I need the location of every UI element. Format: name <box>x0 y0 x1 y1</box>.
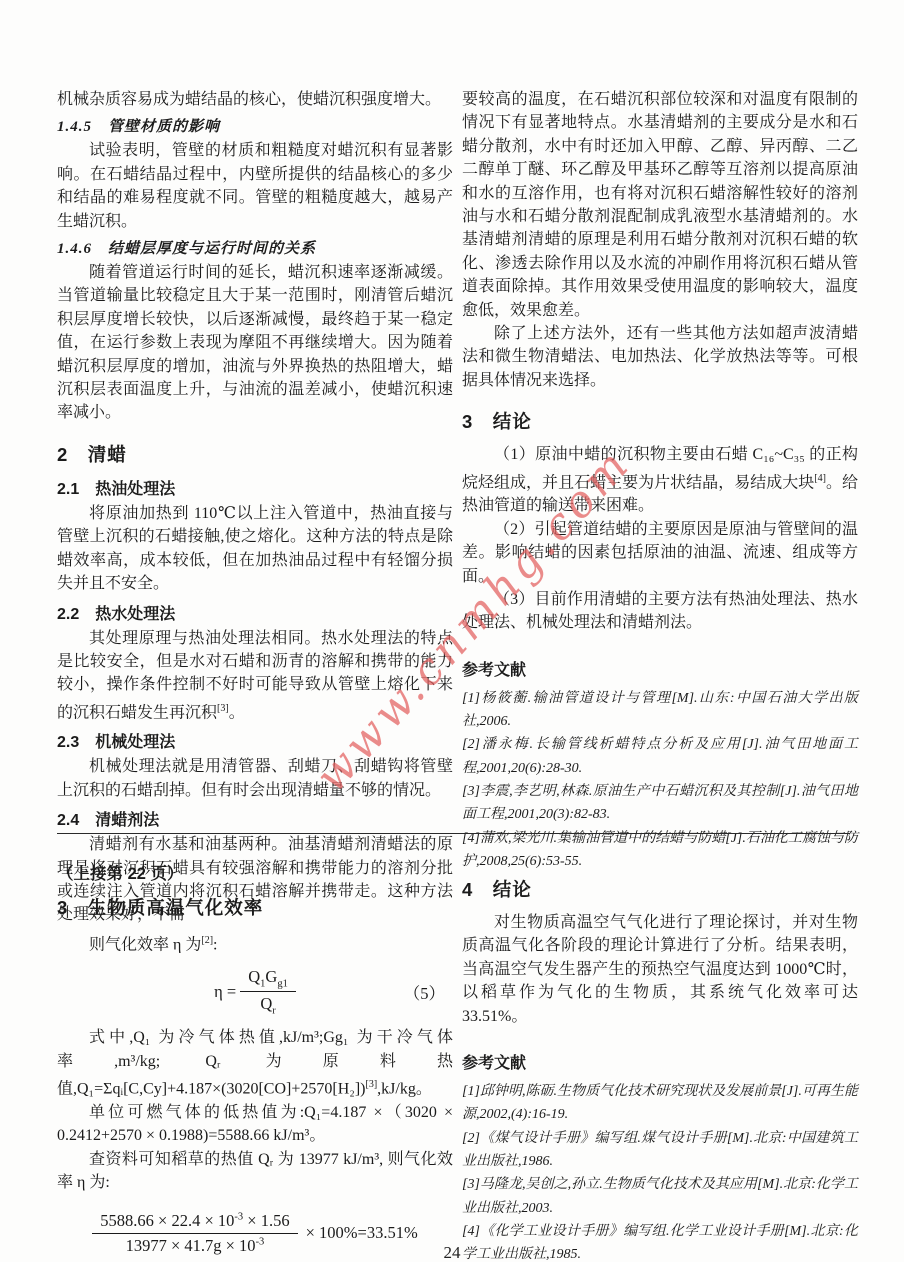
eta-intro-text: 则气化效率 η 为 <box>89 936 201 953</box>
citation-ref: [2] <box>201 935 213 946</box>
equation-5: η = Q1Gg1 Qr （5） <box>57 967 453 1017</box>
eqeff-num-exp: -3 <box>234 1211 243 1222</box>
paragraph-1-4-6: 随着管道运行时间的延长，蜡沉积速率逐渐减缓。当管道输量比较稳定且大于某一范围时，… <box>57 261 453 425</box>
paragraph-conclusion-2: （2）引起管道结蜡的主要原因是原油与管壁间的温差。影响结蜡的因素包括原油的油温、… <box>462 518 858 588</box>
eq5-den-q-sub: r <box>272 1005 276 1016</box>
wax-right-column: 要较高的温度，在石蜡沉积部位较深和对温度有限制的情况下有显著地特点。水基清蜡剂的… <box>462 88 858 927</box>
paragraph-carryover: 机械杂质容易成为蜡结晶的核心，使蜡沉积强度增大。 <box>57 88 453 111</box>
reference-item: [1]杨筱蘅.输油管道设计与管理[M].山东:中国石油大学出版社,2006. <box>462 687 858 734</box>
continued-from-note: （上接第 22 页） <box>57 860 453 884</box>
reference-item: [2]《煤气设计手册》编写组.煤气设计手册[M].北京:中国建筑工业出版社,19… <box>462 1127 858 1174</box>
article-divider-rule <box>57 833 850 834</box>
wax-left-column: 机械杂质容易成为蜡结晶的核心，使蜡沉积强度增大。 1.4.5 管壁材质的影响 试… <box>57 88 453 927</box>
paragraph-2-1: 将原油加热到 110℃以上注入管道中，热油直接与管壁上沉积的石蜡接触,使之熔化。… <box>57 502 453 596</box>
paragraph-biomass-conclusion: 对生物质高温空气气化进行了理论探讨，并对生物质高温气化各阶段的理论计算进行了分析… <box>462 911 858 1028</box>
paragraph-straw-hv: 查资料可知稻草的热值 Qᵣ 为 13977 kJ/m³, 则气化效率 η 为: <box>57 1148 453 1195</box>
references-title: 参考文献 <box>462 657 858 680</box>
paragraph-2-2: 其处理原理与热油处理法相同。热水处理法的特点是比较安全，但是水对石蜡和沥青的溶解… <box>57 627 453 725</box>
reference-item: [1]邱钟明,陈砺.生物质气化技术研究现状及发展前景[J].可再生能源,2002… <box>462 1080 858 1127</box>
eq5-num-g: G <box>265 967 277 986</box>
reference-item: [3]李震,李艺明,林森.原油生产中石蜡沉积及其控制[J].油气田地面工程,20… <box>462 780 858 827</box>
eq5-den-q: Q <box>260 994 272 1013</box>
where-terms-end: ,kJ/kg。 <box>377 1080 432 1097</box>
citation-ref: [4] <box>814 473 826 484</box>
equation-5-number: （5） <box>404 980 445 1004</box>
equation-5-denominator: Qr <box>252 992 283 1016</box>
references-title: 参考文献 <box>462 1050 858 1073</box>
page-number: 24 <box>0 1243 904 1262</box>
biomass-article: （上接第 22 页） 3 生物质高温气化效率 则气化效率 η 为[2]: η =… <box>57 858 858 1262</box>
paragraph-eta-intro: 则气化效率 η 为[2]: <box>57 929 453 957</box>
heading-2-4: 2.4 清蜡剂法 <box>57 807 453 830</box>
paragraph-other-methods: 除了上述方法外，还有一些其他方法如超声波清蜡法和微生物清蜡法、电加热法、化学放热… <box>462 322 858 392</box>
citation-ref: [3] <box>366 1079 378 1090</box>
heading-2-3: 2.3 机械处理法 <box>57 729 453 752</box>
eqeff-num-b: × 1.56 <box>243 1211 289 1230</box>
heading-section-3-efficiency: 3 生物质高温气化效率 <box>57 894 453 920</box>
heading-2-2: 2.2 热水处理法 <box>57 601 453 624</box>
eq5-num-g-sub: g1 <box>277 978 288 989</box>
paragraph-conclusion-3: （3）目前作用清蜡的主要方法有热油处理法、热水处理法、机械处理法和清蜡剂法。 <box>462 588 858 635</box>
reference-item: [3]马隆龙,吴创之,孙立.生物质气化技术及其应用[M].北京:化学工业出版社,… <box>462 1173 858 1220</box>
equation-5-lhs: η = <box>214 982 236 1002</box>
equation-5-numerator: Q1Gg1 <box>240 967 296 992</box>
paragraph-1-4-5: 试验表明，管壁的材质和粗糙度对蜡沉积有显著影响。在石蜡结晶过程中，内壁所提供的结… <box>57 139 453 233</box>
wax-article: 机械杂质容易成为蜡结晶的核心，使蜡沉积强度增大。 1.4.5 管壁材质的影响 试… <box>57 88 858 927</box>
equation-efficiency-result: × 100%=33.51% <box>306 1223 418 1243</box>
heading-1-4-6: 1.4.6 结蜡层厚度与运行时间的关系 <box>57 237 453 258</box>
eq5-num-q: Q <box>248 967 260 986</box>
reference-item: [2]潘永梅.长输管线析蜡特点分析及应用[J].油气田地面工程,2001,20(… <box>462 733 858 780</box>
heading-section-4-conclusion: 4 结论 <box>462 876 858 902</box>
heading-2-1: 2.1 热油处理法 <box>57 476 453 499</box>
paragraph-unit-lhv: 单位可燃气体的低热值为:Q₁=4.187 ×（3020 × 0.2412+257… <box>57 1101 453 1148</box>
heading-section-3-conclusion: 3 结论 <box>462 408 858 434</box>
citation-ref: [3] <box>217 703 229 714</box>
paragraph-2-3: 机械处理法就是用清管器、刮蜡刀、刮蜡钩将管壁上沉积的石蜡刮掉。但有时会出现清蜡量… <box>57 755 453 802</box>
equation-efficiency-numerator: 5588.66 × 22.4 × 10-3 × 1.56 <box>92 1211 297 1234</box>
paragraph-2-2-text: 其处理原理与热油处理法相同。热水处理法的特点是比较安全，但是水对石蜡和沥青的溶解… <box>57 630 453 722</box>
paragraph-water-based-cleaner: 要较高的温度，在石蜡沉积部位较深和对温度有限制的情况下有显著地特点。水基清蜡剂的… <box>462 88 858 322</box>
paragraph-conclusion-1: （1）原油中蜡的沉积物主要由石蜡 C₁₆~C₃₅ 的正构烷烃组成，并且石蜡主要为… <box>462 443 858 518</box>
biomass-right-column: 4 结论 对生物质高温空气气化进行了理论探讨，并对生物质高温气化各阶段的理论计算… <box>462 858 858 1262</box>
eta-intro-end: : <box>213 936 217 953</box>
journal-page-scan: 机械杂质容易成为蜡结晶的核心，使蜡沉积强度增大。 1.4.5 管壁材质的影响 试… <box>0 0 904 1262</box>
conclusion-1-text: （1）原油中蜡的沉积物主要由石蜡 C₁₆~C₃₅ 的正构烷烃组成，并且石蜡主要为… <box>462 446 858 491</box>
heading-1-4-5: 1.4.5 管壁材质的影响 <box>57 115 453 136</box>
eqeff-num-a: 5588.66 × 22.4 × 10 <box>100 1211 234 1230</box>
heading-section-2: 2 清蜡 <box>57 441 453 467</box>
paragraph-2-2-end: 。 <box>229 704 245 721</box>
paragraph-where-terms: 式中,Q₁ 为冷气体热值,kJ/m³;Gg₁ 为干冷气体率,m³/kg; Qᵣ … <box>57 1026 453 1101</box>
biomass-left-column: （上接第 22 页） 3 生物质高温气化效率 则气化效率 η 为[2]: η =… <box>57 858 453 1262</box>
equation-5-fraction: Q1Gg1 Qr <box>240 967 296 1017</box>
